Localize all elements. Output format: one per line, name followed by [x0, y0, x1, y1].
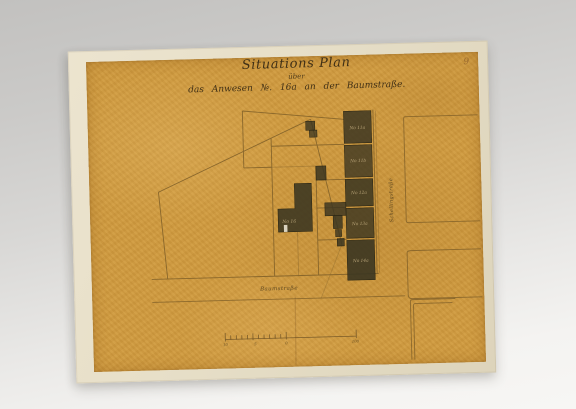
scale-bar-line — [225, 336, 356, 339]
scale-label: 10 — [223, 342, 229, 347]
building-label: No 11a — [348, 126, 365, 131]
street-lines — [148, 115, 484, 367]
site-plan: No 11a No 11b No 12a No 13a No 14a — [86, 52, 486, 372]
step-building — [333, 215, 342, 228]
backing-sheet: Situations Plan über das Anwesen №. 16a … — [68, 41, 497, 384]
interior-vertical-line — [316, 166, 319, 275]
scale-bar-labels: 10 5 0 100 — [223, 339, 360, 348]
scale-bar-ticks — [225, 330, 356, 342]
plan-paper: Situations Plan über das Anwesen №. 16a … — [86, 52, 486, 372]
small-building — [306, 121, 315, 130]
diagonal-faint-line — [320, 244, 343, 298]
street-corner-outer — [410, 298, 457, 359]
abrasion-spot — [284, 225, 288, 232]
small-building — [309, 130, 317, 137]
scale-label: 5 — [254, 341, 257, 346]
building-label: No 12a — [350, 191, 367, 196]
parcel-separator-1 — [271, 144, 344, 146]
street-south-line — [152, 296, 405, 303]
lot-upper-left-line — [242, 111, 243, 168]
lot-bottom-line — [152, 273, 379, 279]
step-building — [335, 229, 341, 236]
mid-building — [325, 202, 346, 216]
building-label: No 14a — [352, 259, 369, 264]
scale-label: 100 — [352, 339, 360, 344]
street-label-vertical: Schellingstraße — [388, 178, 395, 223]
scale-bar — [225, 330, 356, 342]
main-building-label: No 16 — [281, 219, 296, 225]
lot-upper-bottom-line — [244, 167, 272, 168]
interior-line — [272, 166, 316, 167]
building-label: No 11b — [349, 159, 366, 164]
lot-right-line-2 — [375, 111, 379, 273]
scale-label: 0 — [285, 340, 288, 345]
small-building — [316, 166, 326, 180]
street-block-upper-right — [404, 115, 481, 223]
paper-crease — [294, 297, 297, 365]
interior-vertical-line-2 — [298, 232, 299, 276]
photo-background: Situations Plan über das Anwesen №. 16a … — [0, 0, 576, 409]
lot-left-line — [158, 192, 167, 279]
building-label: No 13a — [351, 222, 368, 227]
diagonal-boundary-line — [157, 119, 313, 192]
street-corner-inner — [413, 303, 453, 360]
interior-division-line — [271, 138, 275, 276]
lot-top-line — [242, 108, 343, 122]
step-building — [337, 238, 344, 246]
street-block-middle-right — [407, 249, 482, 299]
street-label-horizontal: Baumstraße — [259, 286, 298, 293]
